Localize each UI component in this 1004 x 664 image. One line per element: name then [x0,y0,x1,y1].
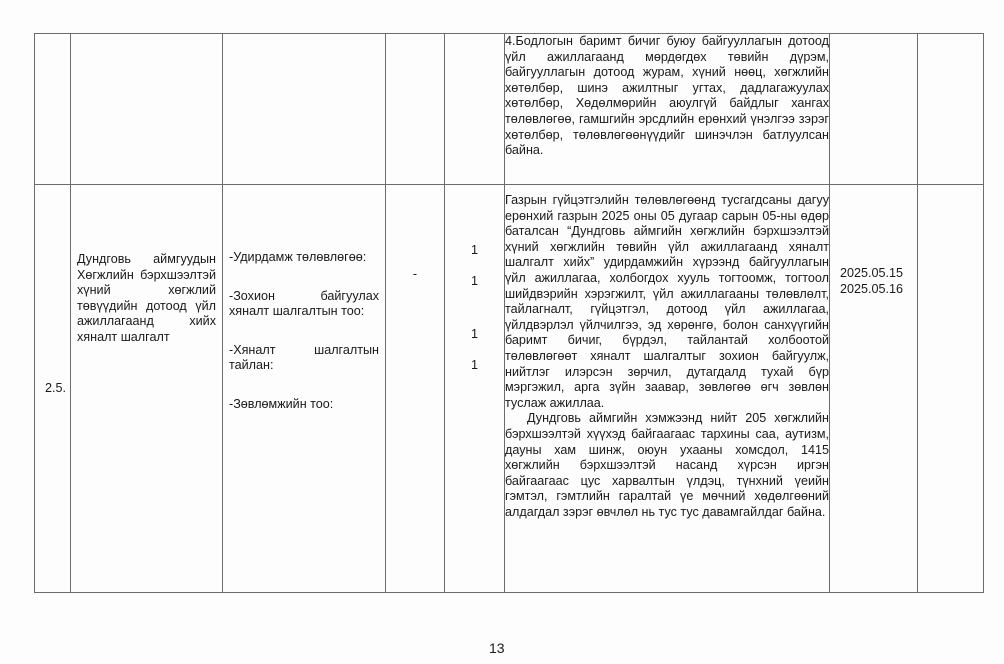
description-cell: 4.Бодлогын баримт бичиг буюу байгууллагы… [505,34,830,185]
row-number-cell: 2.5. [35,185,71,593]
activity-title-cell: Дундговь аймгуудын Хөгжлийн бэрхшээлтэй … [71,185,223,593]
baseline-cell: - [386,185,445,593]
activity-title-cell [71,34,223,185]
table-row: 2.5. Дундговь аймгуудын Хөгжлийн бэрхшээ… [35,185,984,593]
target-values-cell [445,34,505,185]
target-value: 1 [445,358,504,374]
target-value: 1 [445,327,504,343]
indicators-cell: -Удирдамж төлөвлөгөө: -Зохион байгуулах … [223,185,386,593]
baseline-value: - [386,267,444,283]
dates-cell [830,34,918,185]
baseline-cell [386,34,445,185]
report-table: 4.Бодлогын баримт бичиг буюу байгууллагы… [34,33,984,593]
indicators-cell [223,34,386,185]
table-row: 4.Бодлогын баримт бичиг буюу байгууллагы… [35,34,984,185]
dates-cell: 2025.05.15 2025.05.16 [830,185,918,593]
description-paragraph: Дундговь аймгийн хэмжээнд нийт 205 хөгжл… [505,411,829,520]
indicator-item: -Зөвлөмжийн тоо: [229,397,379,413]
target-value: 1 [445,243,504,259]
page-number: 13 [489,640,505,656]
description-paragraph: 4.Бодлогын баримт бичиг буюу байгууллагы… [505,34,829,159]
note-cell [918,185,984,593]
date-value: 2025.05.15 [840,266,917,282]
target-value: 1 [445,274,504,290]
note-cell [918,34,984,185]
description-cell: Газрын гүйцэтгэлийн төлөвлөгөөнд тусгагд… [505,185,830,593]
activity-title: Дундговь аймгуудын Хөгжлийн бэрхшээлтэй … [77,252,216,346]
date-value: 2025.05.16 [840,282,917,298]
target-values-cell: 1 1 1 1 [445,185,505,593]
description-paragraph: Газрын гүйцэтгэлийн төлөвлөгөөнд тусгагд… [505,193,829,411]
indicator-item: -Удирдамж төлөвлөгөө: [229,250,379,266]
indicator-item: -Хяналт шалгалтын тайлан: [229,343,379,374]
indicator-item: -Зохион байгуулах хяналт шалгалтын тоо: [229,289,379,320]
row-number-cell [35,34,71,185]
